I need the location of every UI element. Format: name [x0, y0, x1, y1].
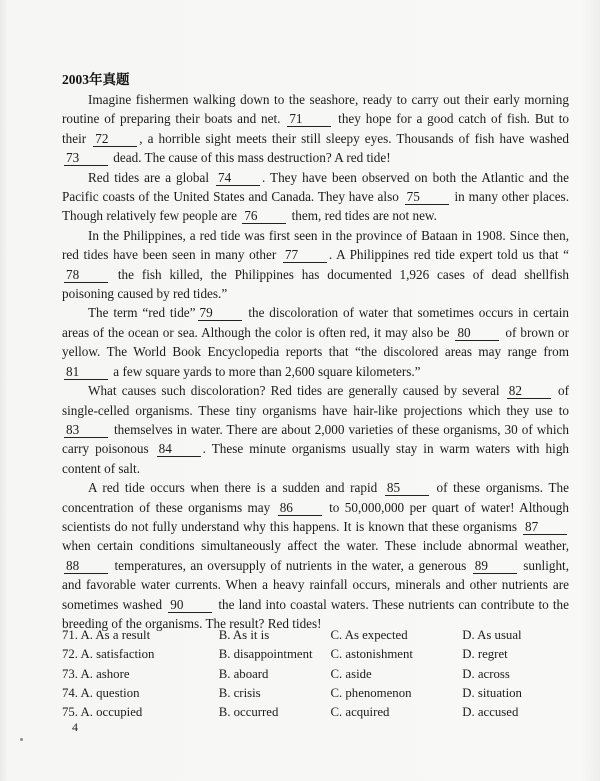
answer-options: 71. A. As a resultB. As it isC. As expec… [62, 626, 572, 722]
passage-paragraph: Imagine fishermen walking down to the se… [62, 90, 569, 168]
scan-speck [20, 738, 23, 741]
option-b: B. disappointment [219, 645, 331, 664]
option-d: D. As usual [462, 626, 572, 645]
option-b: B. occurred [219, 703, 331, 722]
cloze-blank-89: 89 [473, 559, 517, 574]
cloze-blank-73: 73 [64, 151, 108, 166]
option-c: C. phenomenon [330, 684, 462, 703]
page-number: 4 [72, 720, 78, 735]
passage-paragraph: Red tides are a global 74. They have bee… [62, 168, 569, 226]
option-d: D. regret [462, 645, 572, 664]
passage-paragraph: A red tide occurs when there is a sudden… [62, 478, 569, 633]
option-a: 73. A. ashore [62, 665, 219, 684]
cloze-blank-86: 86 [278, 501, 322, 516]
option-c: C. acquired [330, 703, 462, 722]
cloze-passage: Imagine fishermen walking down to the se… [62, 90, 569, 633]
option-a: 74. A. question [62, 684, 219, 703]
option-a: 71. A. As a result [62, 626, 219, 645]
option-b: B. As it is [219, 626, 331, 645]
cloze-blank-88: 88 [64, 559, 108, 574]
option-d: D. situation [462, 684, 572, 703]
option-b: B. aboard [219, 665, 331, 684]
option-c: C. astonishment [330, 645, 462, 664]
cloze-blank-90: 90 [168, 598, 212, 613]
cloze-blank-81: 81 [64, 365, 108, 380]
option-d: D. accused [462, 703, 572, 722]
question-row: 72. A. satisfactionB. disappointmentC. a… [62, 645, 572, 664]
question-row: 74. A. questionB. crisisC. phenomenonD. … [62, 684, 572, 703]
cloze-blank-87: 87 [523, 520, 567, 535]
cloze-blank-77: 77 [283, 248, 327, 263]
passage-paragraph: What causes such discoloration? Red tide… [62, 381, 569, 478]
option-c: C. As expected [330, 626, 462, 645]
passage-container: 2003年真题 Imagine fishermen walking down t… [62, 71, 569, 633]
cloze-blank-79: 79 [198, 306, 242, 321]
passage-paragraph: In the Philippines, a red tide was first… [62, 226, 569, 304]
cloze-blank-85: 85 [385, 481, 429, 496]
question-row: 75. A. occupiedB. occurredC. acquiredD. … [62, 703, 572, 722]
option-c: C. aside [330, 665, 462, 684]
cloze-blank-71: 71 [287, 112, 331, 127]
cloze-blank-78: 78 [64, 268, 108, 283]
scanned-page: 2003年真题 Imagine fishermen walking down t… [0, 0, 600, 781]
cloze-blank-72: 72 [93, 132, 137, 147]
question-row: 73. A. ashoreB. aboardC. asideD. across [62, 665, 572, 684]
option-a: 75. A. occupied [62, 703, 219, 722]
cloze-blank-80: 80 [455, 326, 499, 341]
cloze-blank-74: 74 [216, 171, 260, 186]
option-a: 72. A. satisfaction [62, 645, 219, 664]
cloze-blank-83: 83 [64, 423, 108, 438]
option-b: B. crisis [219, 684, 331, 703]
section-title: 2003年真题 [62, 71, 569, 90]
passage-paragraph: The term “red tide”79 the discoloration … [62, 303, 569, 381]
cloze-blank-75: 75 [405, 190, 449, 205]
option-d: D. across [462, 665, 572, 684]
cloze-blank-82: 82 [507, 384, 551, 399]
cloze-blank-84: 84 [157, 442, 201, 457]
question-row: 71. A. As a resultB. As it isC. As expec… [62, 626, 572, 645]
cloze-blank-76: 76 [242, 209, 286, 224]
